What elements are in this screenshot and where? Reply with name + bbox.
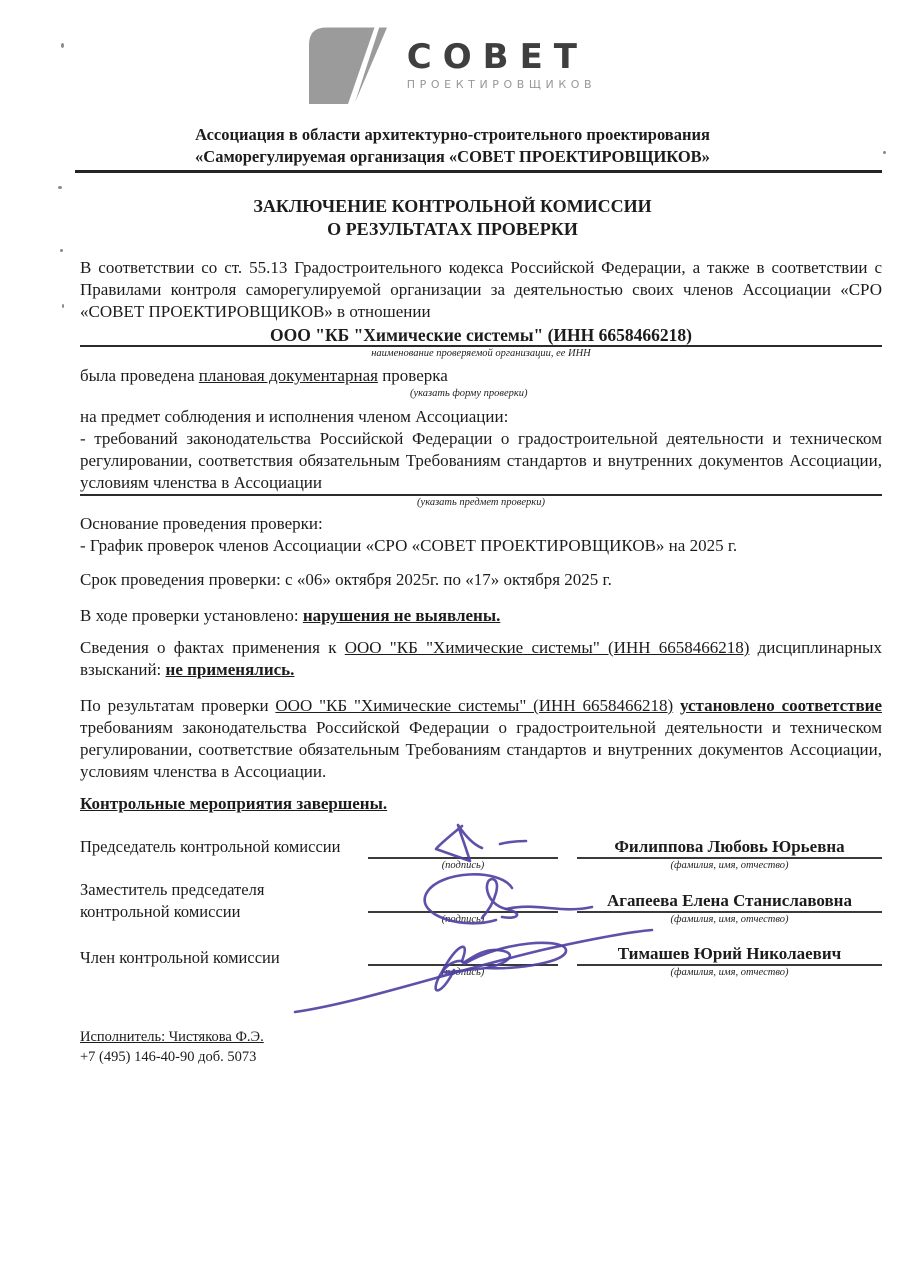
subject-line1: на предмет соблюдения и исполнения члено… (80, 406, 882, 428)
signature-line-2 (368, 873, 558, 913)
conclusion-highlight: установлено соответствие (680, 696, 882, 715)
signature-line-1 (368, 828, 558, 859)
scan-speck (883, 151, 886, 154)
logo-title: СОВЕТ (407, 39, 588, 75)
scan-speck (62, 304, 64, 308)
intro-paragraph: В соответствии со ст. 55.13 Градостроите… (80, 257, 882, 323)
name-area-2: Агапеева Елена Станиславовна (фамилия, и… (577, 873, 882, 927)
name-area-1: Филиппова Любовь Юрьевна (фамилия, имя, … (577, 828, 882, 873)
name-caption-2: (фамилия, имя, отчество) (577, 913, 882, 927)
scan-speck (60, 249, 63, 252)
intro-line2: Правилами контроля саморегулируемой орга… (80, 279, 882, 301)
conclusion-line2: требованиям законодательства Российской … (80, 717, 882, 739)
role-chairman: Председатель контрольной комиссии (80, 828, 365, 858)
signature-caption-2: (подпись) (368, 913, 558, 927)
findings-prefix: В ходе проверки установлено: (80, 606, 303, 625)
executor-line: Исполнитель: Чистякова Ф.Э. (80, 1027, 882, 1047)
sanctions-highlight: не применялись. (166, 660, 295, 679)
signature-caption-3: (подпись) (368, 966, 558, 980)
subject-line3: регулировании, соответствия обязательным… (80, 450, 882, 472)
logo-subtitle: ПРОЕКТИРОВЩИКОВ (407, 78, 596, 92)
name-caption-3: (фамилия, имя, отчество) (577, 966, 882, 980)
signature-row-deputy: Заместитель председателя контрольной ком… (80, 873, 882, 927)
signature-section: Председатель контрольной комиссии (подпи… (80, 828, 882, 980)
signature-row-chairman: Председатель контрольной комиссии (подпи… (80, 828, 882, 873)
findings-line: В ходе проверки установлено: нарушения н… (80, 605, 882, 627)
subject-line4: условиям членства в Ассоциации (80, 472, 882, 496)
conclusion-line3: регулировании, соответствие обязательным… (80, 739, 882, 761)
findings-highlight: нарушения не выявлены. (303, 606, 501, 625)
sanctions-paragraph: Сведения о фактах применения к ООО "КБ "… (80, 637, 882, 681)
conclusion-line1: По результатам проверки ООО "КБ "Химичес… (80, 695, 882, 717)
check-form-caption: (указать форму проверки) (410, 387, 882, 401)
conclusion-line4: условиям членства в Ассоциации. (80, 761, 882, 783)
header-separator (75, 170, 882, 173)
signature-area-3: (подпись) (365, 927, 577, 980)
signature-caption-1: (подпись) (368, 859, 558, 873)
organization-caption: наименование проверяемой организации, ее… (80, 347, 882, 361)
signature-line-3 (368, 927, 558, 966)
signature-area-1: (подпись) (365, 828, 577, 873)
role-deputy-line1: Заместитель председателя (80, 879, 365, 901)
check-form-prefix: была проведена (80, 366, 199, 385)
role-member: Член контрольной комиссии (80, 927, 365, 969)
conclusion-org: ООО "КБ "Химические системы" (ИНН 665846… (275, 696, 673, 715)
name-caption-1: (фамилия, имя, отчество) (577, 859, 882, 873)
logo-mark-icon (309, 25, 387, 105)
conclusion-prefix: По результатам проверки (80, 696, 275, 715)
check-form-suffix: проверка (378, 366, 448, 385)
check-subject-paragraph: на предмет соблюдения и исполнения члено… (80, 406, 882, 510)
document-title-line2: О РЕЗУЛЬТАТАХ ПРОВЕРКИ (0, 218, 905, 241)
sanctions-line2: взысканий: не применялись. (80, 659, 882, 681)
role-deputy: Заместитель председателя контрольной ком… (80, 873, 365, 923)
footer: Исполнитель: Чистякова Ф.Э. +7 (495) 146… (80, 1027, 882, 1067)
sanctions-prefix2: взысканий: (80, 660, 166, 679)
check-basis-paragraph: Основание проведения проверки: - График … (80, 513, 882, 557)
scan-speck (61, 43, 64, 48)
basis-line1: Основание проведения проверки: (80, 513, 882, 535)
name-member: Тимашев Юрий Николаевич (577, 927, 882, 966)
sanctions-prefix: Сведения о фактах применения к (80, 638, 345, 657)
document-title-line1: ЗАКЛЮЧЕНИЕ КОНТРОЛЬНОЙ КОМИССИИ (0, 195, 905, 218)
conclusion-paragraph: По результатам проверки ООО "КБ "Химичес… (80, 695, 882, 783)
document-page: СОВЕТ ПРОЕКТИРОВЩИКОВ Ассоциация в облас… (0, 0, 905, 1280)
name-area-3: Тимашев Юрий Николаевич (фамилия, имя, о… (577, 927, 882, 980)
document-body: В соответствии со ст. 55.13 Градостроите… (0, 257, 905, 1067)
basis-line2: - График проверок членов Ассоциации «СРО… (80, 535, 882, 557)
logo-text: СОВЕТ ПРОЕКТИРОВЩИКОВ (407, 39, 596, 92)
sanctions-suffix: дисциплинарных (749, 638, 882, 657)
logo: СОВЕТ ПРОЕКТИРОВЩИКОВ (0, 24, 905, 106)
name-chairman: Филиппова Любовь Юрьевна (577, 828, 882, 859)
intro-line1: В соответствии со ст. 55.13 Градостроите… (80, 257, 882, 279)
role-deputy-line2: контрольной комиссии (80, 901, 365, 923)
check-period-line: Срок проведения проверки: с «06» октября… (80, 569, 882, 591)
closing-text: Контрольные мероприятия завершены. (80, 794, 387, 813)
sanctions-org: ООО "КБ "Химические системы" (ИНН 665846… (345, 638, 750, 657)
executor-phone: +7 (495) 146-40-90 доб. 5073 (80, 1047, 882, 1067)
document-title: ЗАКЛЮЧЕНИЕ КОНТРОЛЬНОЙ КОМИССИИ О РЕЗУЛЬ… (0, 195, 905, 241)
closing-statement: Контрольные мероприятия завершены. (80, 793, 882, 815)
sanctions-line1: Сведения о фактах применения к ООО "КБ "… (80, 637, 882, 659)
checked-organization-name: ООО "КБ "Химические системы" (ИНН 665846… (80, 323, 882, 347)
name-deputy: Агапеева Елена Станиславовна (577, 873, 882, 913)
check-form-value: плановая документарная (199, 366, 378, 385)
subject-line2: - требований законодательства Российской… (80, 428, 882, 450)
check-subject-caption: (указать предмет проверки) (80, 496, 882, 510)
signature-area-2: (подпись) (365, 873, 577, 927)
association-name-line2: «Саморегулируемая организация «СОВЕТ ПРО… (0, 146, 905, 168)
association-header: Ассоциация в области архитектурно-строит… (0, 124, 905, 168)
scan-speck (58, 186, 62, 189)
intro-line3: «СОВЕТ ПРОЕКТИРОВЩИКОВ» в отношении (80, 301, 882, 323)
check-form-line: была проведена плановая документарная пр… (80, 365, 882, 387)
signature-row-member: Член контрольной комиссии (подпись) Тима… (80, 927, 882, 980)
association-name-line1: Ассоциация в области архитектурно-строит… (0, 124, 905, 146)
